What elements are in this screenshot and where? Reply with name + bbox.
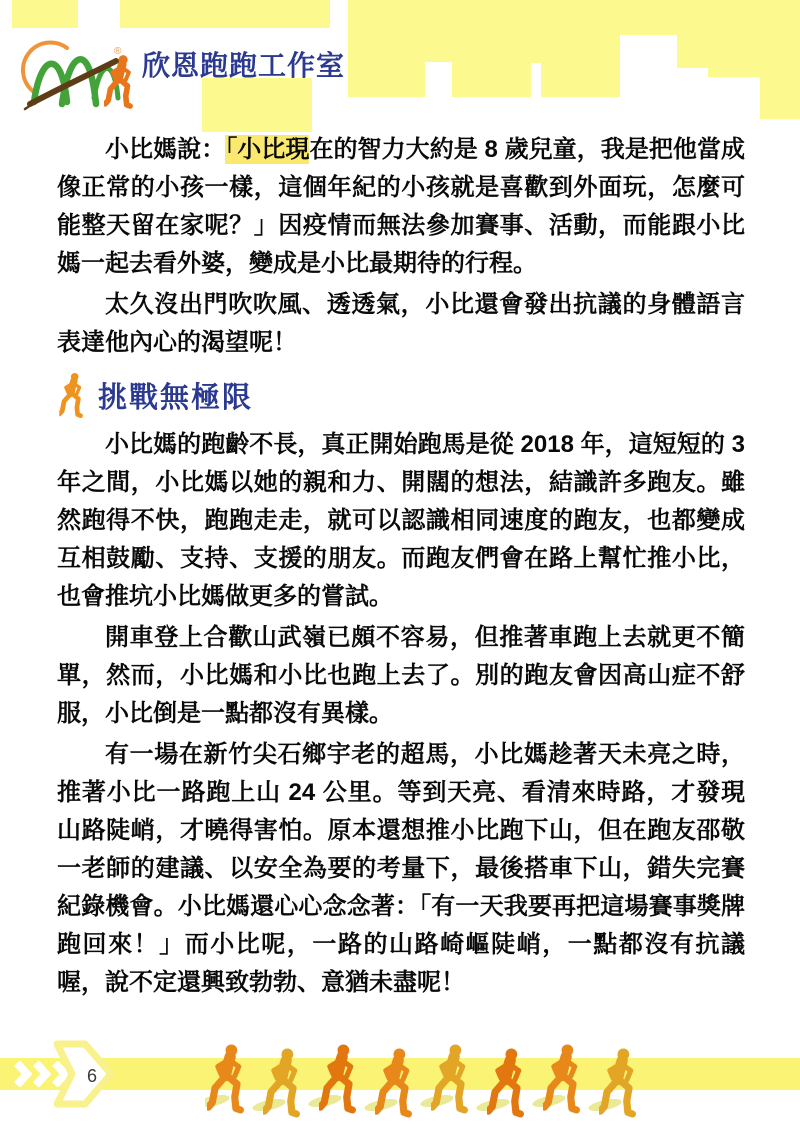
skyline-yellow-block (120, 0, 330, 28)
footer-runners-icon (205, 1041, 685, 1123)
skyline-yellow-block (760, 97, 800, 119)
magazine-page: ® 欣恩跑跑工作室 小比媽說：「小比現在的智力大約是 8 歲兒童，我是把他當成像… (0, 0, 800, 1132)
skyline-building (677, 68, 708, 97)
skyline-building (620, 35, 677, 97)
skyline-building (708, 77, 760, 97)
header-skyline: ® 欣恩跑跑工作室 (0, 0, 800, 140)
skyline-yellow-block (12, 0, 78, 28)
skyline-building (425, 62, 452, 97)
studio-logo-icon: ® (20, 26, 145, 116)
skyline-building (531, 63, 541, 97)
page-number: 6 (72, 1066, 112, 1087)
highlighted-text: 「小比現 (225, 135, 309, 164)
studio-logo-wordmark: 欣恩跑跑工作室 (142, 44, 345, 84)
registered-mark: ® (114, 46, 122, 57)
article-body: 小比媽說：「小比現在的智力大約是 8 歲兒童，我是把他當成像正常的小孩一樣，這個… (57, 131, 745, 1005)
section-heading: 挑戰無極限 (57, 371, 745, 419)
skyline-yellow-block (202, 78, 312, 132)
paragraph-4: 開車登上合歡山武嶺已頗不容易，但推著車跑上去就更不簡單，然而，小比媽和小比也跑上… (57, 619, 745, 733)
runner-icon (57, 372, 88, 419)
paragraph-1-lead: 小比媽說： (105, 136, 225, 163)
section-heading-text: 挑戰無極限 (98, 375, 253, 416)
paragraph-3: 小比媽的跑齡不長，真正開始跑馬是從 2018 年，這短短的 3 年之間，小比媽以… (57, 426, 745, 616)
paragraph-2: 太久沒出門吹吹風、透透氣，小比還會發出抗議的身體語言表達他內心的渴望呢！ (57, 286, 745, 362)
paragraph-1: 小比媽說：「小比現在的智力大約是 8 歲兒童，我是把他當成像正常的小孩一樣，這個… (57, 131, 745, 283)
paragraph-5: 有一場在新竹尖石鄉宇老的超馬，小比媽趁著天未亮之時，推著小比一路跑上山 24 公… (57, 736, 745, 1002)
